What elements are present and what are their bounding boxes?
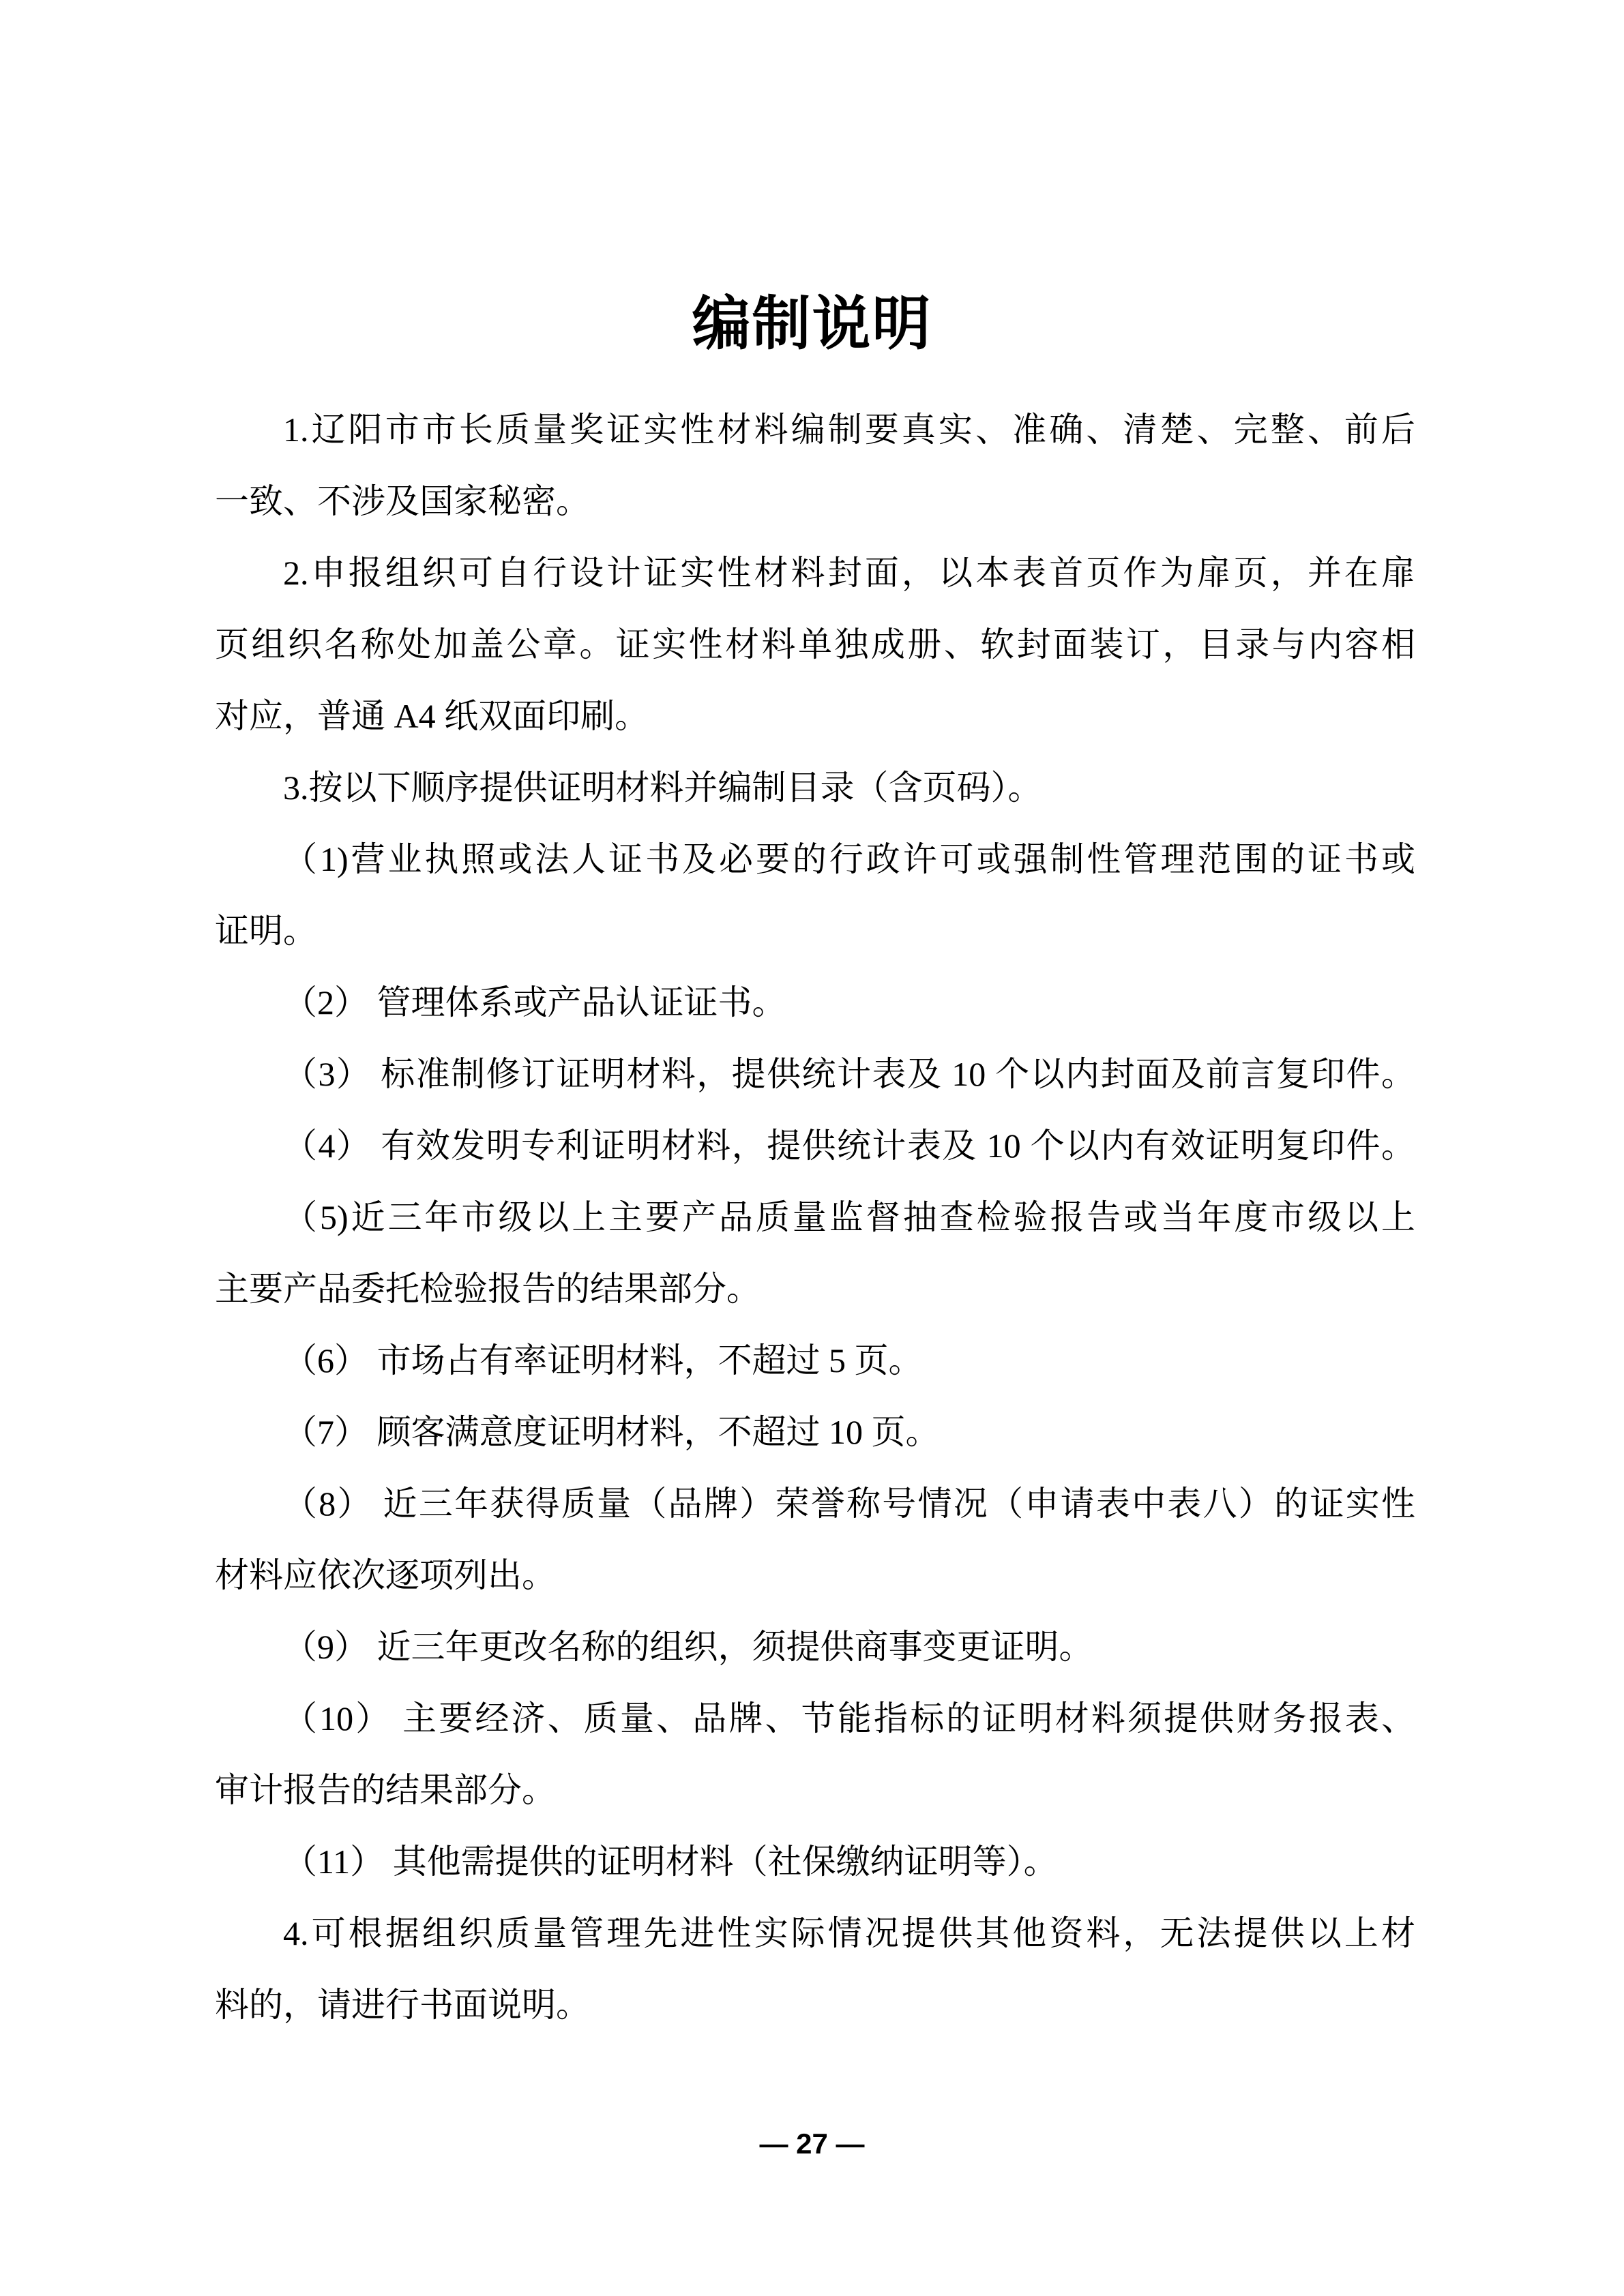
text-line: 主要产品委托检验报告的结果部分。 — [215, 1253, 1415, 1325]
text-line: 3.按以下顺序提供证明材料并编制目录（含页码）。 — [215, 752, 1415, 824]
paragraph-item-11: （11） 其他需提供的证明材料（社保缴纳证明等）。 — [215, 1826, 1415, 1898]
text-line: （5)近三年市级以上主要产品质量监督抽查检验报告或当年度市级以上 — [215, 1182, 1415, 1253]
text-line: 1.辽阳市市长质量奖证实性材料编制要真实、准确、清楚、完整、前后 — [215, 394, 1415, 466]
page-number: — 27 — — [0, 2122, 1624, 2166]
paragraph-3: 3.按以下顺序提供证明材料并编制目录（含页码）。 — [215, 752, 1415, 824]
page-title: 编制说明 — [0, 280, 1624, 368]
paragraph-1: 1.辽阳市市长质量奖证实性材料编制要真实、准确、清楚、完整、前后 一致、不涉及国… — [215, 394, 1415, 537]
text-line: （10） 主要经济、质量、品牌、节能指标的证明材料须提供财务报表、 — [215, 1683, 1415, 1755]
text-line: 证明。 — [215, 895, 1415, 967]
paragraph-item-6: （6） 市场占有率证明材料，不超过 5 页。 — [215, 1325, 1415, 1397]
text-line: 页组织名称处加盖公章。证实性材料单独成册、软封面装订，目录与内容相 — [215, 609, 1415, 681]
text-line: （11） 其他需提供的证明材料（社保缴纳证明等）。 — [215, 1826, 1415, 1898]
text-line: 一致、不涉及国家秘密。 — [215, 466, 1415, 537]
text-line: 审计报告的结果部分。 — [215, 1755, 1415, 1826]
text-line: （9） 近三年更改名称的组织，须提供商事变更证明。 — [215, 1611, 1415, 1683]
text-line: （1)营业执照或法人证书及必要的行政许可或强制性管理范围的证书或 — [215, 824, 1415, 895]
text-line: 4.可根据组织质量管理先进性实际情况提供其他资料，无法提供以上材 — [215, 1898, 1415, 1969]
paragraph-2: 2.申报组织可自行设计证实性材料封面，以本表首页作为扉页，并在扉 页组织名称处加… — [215, 537, 1415, 752]
document-page: 编制说明 1.辽阳市市长质量奖证实性材料编制要真实、准确、清楚、完整、前后 一致… — [0, 0, 1624, 2296]
paragraph-item-7: （7） 顾客满意度证明材料，不超过 10 页。 — [215, 1397, 1415, 1468]
paragraph-item-4: （4） 有效发明专利证明材料，提供统计表及 10 个以内有效证明复印件。 — [215, 1110, 1415, 1182]
paragraph-item-3: （3） 标准制修订证明材料，提供统计表及 10 个以内封面及前言复印件。 — [215, 1039, 1415, 1110]
paragraph-item-9: （9） 近三年更改名称的组织，须提供商事变更证明。 — [215, 1611, 1415, 1683]
text-line: 料的，请进行书面说明。 — [215, 1969, 1415, 2041]
text-line: （4） 有效发明专利证明材料，提供统计表及 10 个以内有效证明复印件。 — [215, 1110, 1415, 1182]
paragraph-item-2: （2） 管理体系或产品认证证书。 — [215, 967, 1415, 1039]
text-line: （6） 市场占有率证明材料，不超过 5 页。 — [215, 1325, 1415, 1397]
text-line: 2.申报组织可自行设计证实性材料封面，以本表首页作为扉页，并在扉 — [215, 537, 1415, 609]
text-line: （7） 顾客满意度证明材料，不超过 10 页。 — [215, 1397, 1415, 1468]
text-line: （8） 近三年获得质量（品牌）荣誉称号情况（申请表中表八）的证实性 — [215, 1468, 1415, 1540]
paragraph-item-5: （5)近三年市级以上主要产品质量监督抽查检验报告或当年度市级以上 主要产品委托检… — [215, 1182, 1415, 1325]
text-line: 对应，普通 A4 纸双面印刷。 — [215, 681, 1415, 752]
document-body: 1.辽阳市市长质量奖证实性材料编制要真实、准确、清楚、完整、前后 一致、不涉及国… — [215, 394, 1415, 2041]
text-line: 材料应依次逐项列出。 — [215, 1540, 1415, 1611]
paragraph-item-8: （8） 近三年获得质量（品牌）荣誉称号情况（申请表中表八）的证实性 材料应依次逐… — [215, 1468, 1415, 1611]
text-line: （2） 管理体系或产品认证证书。 — [215, 967, 1415, 1039]
text-line: （3） 标准制修订证明材料，提供统计表及 10 个以内封面及前言复印件。 — [215, 1039, 1415, 1110]
paragraph-item-1: （1)营业执照或法人证书及必要的行政许可或强制性管理范围的证书或 证明。 — [215, 824, 1415, 967]
paragraph-item-10: （10） 主要经济、质量、品牌、节能指标的证明材料须提供财务报表、 审计报告的结… — [215, 1683, 1415, 1826]
paragraph-4: 4.可根据组织质量管理先进性实际情况提供其他资料，无法提供以上材 料的，请进行书… — [215, 1898, 1415, 2041]
